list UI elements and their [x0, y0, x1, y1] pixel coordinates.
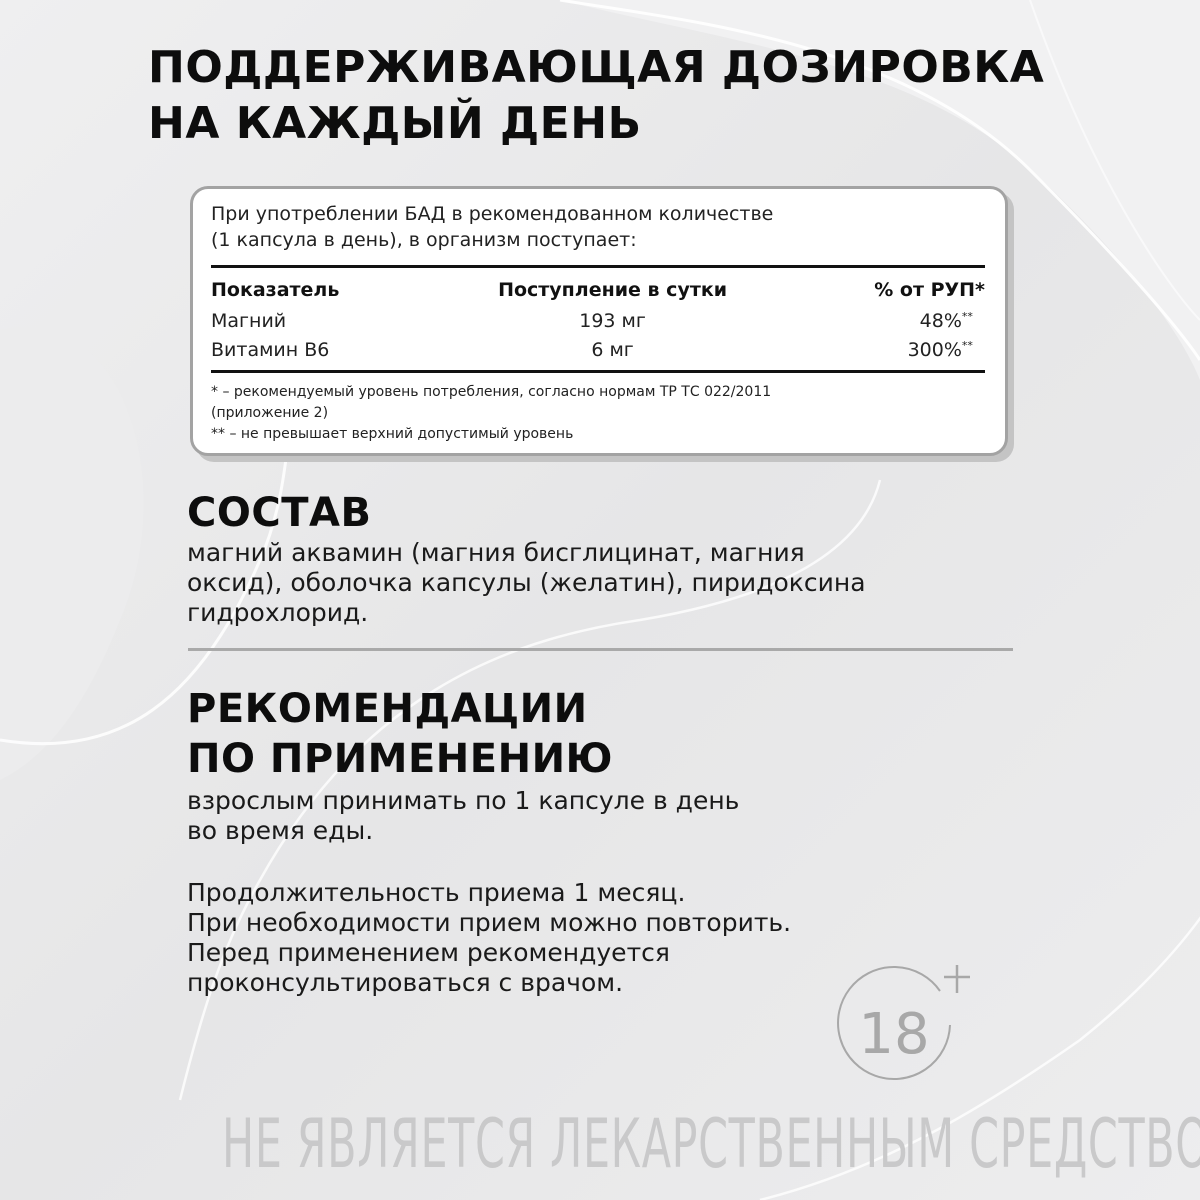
composition-line: магний аквамин (магния бисглицинат, магн… — [187, 538, 1017, 568]
cell-indicator: Магний — [211, 306, 423, 335]
usage-line: взрослым принимать по 1 капсуле в день — [187, 786, 1017, 816]
table-row: Магний 193 мг 48%** — [211, 306, 985, 335]
table-top-rule — [211, 265, 985, 268]
cell-percent: 48%** — [802, 306, 985, 335]
footnotes: * – рекомендуемый уровень потребления, с… — [211, 382, 985, 445]
table-row: Витамин В6 6 мг 300%** — [211, 335, 985, 364]
composition-line: оксид), оболочка капсулы (желатин), пири… — [187, 568, 1017, 598]
footnote-line: (приложение 2) — [211, 403, 985, 424]
column-header-indicator: Показатель — [211, 274, 423, 306]
usage-line: Продолжительность приема 1 месяц. — [187, 878, 1017, 908]
cell-amount: 193 мг — [423, 306, 802, 335]
column-header-percent-rup: % от РУП* — [802, 274, 985, 306]
usage-section: РЕКОМЕНДАЦИИ ПО ПРИМЕНЕНИЮ взрослым прин… — [187, 684, 1017, 998]
usage-heading-line-2: ПО ПРИМЕНЕНИЮ — [187, 734, 1017, 784]
age-18-plus-icon: 18 — [822, 965, 972, 1095]
dosage-card: При употреблении БАД в рекомендованном к… — [190, 186, 1008, 456]
composition-section: СОСТАВ магний аквамин (магния бисглицина… — [187, 488, 1017, 628]
usage-dose-text: взрослым принимать по 1 капсуле в день в… — [187, 786, 1017, 846]
dosage-intro-line: При употреблении БАД в рекомендованном к… — [211, 201, 985, 227]
page-title: ПОДДЕРЖИВАЮЩАЯ ДОЗИРОВКА НА КАЖДЫЙ ДЕНЬ — [148, 40, 1044, 152]
footnote-mark: ** — [962, 310, 973, 323]
footnote-line: * – рекомендуемый уровень потребления, с… — [211, 382, 985, 403]
section-divider — [188, 648, 1013, 651]
composition-text: магний аквамин (магния бисглицинат, магн… — [187, 538, 1017, 628]
percent-value: 48% — [920, 310, 962, 332]
cell-percent: 300%** — [802, 335, 985, 364]
footnote-mark: ** — [962, 339, 973, 352]
column-header-daily-intake: Поступление в сутки — [423, 274, 802, 306]
table-bottom-rule — [211, 370, 985, 373]
usage-heading-line-1: РЕКОМЕНДАЦИИ — [187, 684, 1017, 734]
age-number: 18 — [858, 1002, 929, 1067]
composition-line: гидрохлорид. — [187, 598, 1017, 628]
table-header-row: Показатель Поступление в сутки % от РУП* — [211, 274, 985, 306]
page-title-line-1: ПОДДЕРЖИВАЮЩАЯ ДОЗИРОВКА — [148, 40, 1044, 96]
cell-indicator: Витамин В6 — [211, 335, 423, 364]
composition-heading: СОСТАВ — [187, 488, 1017, 538]
page-title-line-2: НА КАЖДЫЙ ДЕНЬ — [148, 96, 1044, 152]
usage-line: во время еды. — [187, 816, 1017, 846]
dosage-table: Показатель Поступление в сутки % от РУП*… — [211, 274, 985, 364]
percent-value: 300% — [908, 339, 962, 361]
footnote-line: ** – не превышает верхний допустимый уро… — [211, 424, 985, 445]
dosage-intro: При употреблении БАД в рекомендованном к… — [211, 201, 985, 253]
cell-amount: 6 мг — [423, 335, 802, 364]
disclaimer-footer: НЕ ЯВЛЯЕТСЯ ЛЕКАРСТВЕННЫМ СРЕДСТВОМ — [222, 1100, 978, 1190]
usage-line: При необходимости прием можно повторить. — [187, 908, 1017, 938]
usage-line: Перед применением рекомендуется — [187, 938, 1017, 968]
dosage-intro-line: (1 капсула в день), в организм поступает… — [211, 227, 985, 253]
